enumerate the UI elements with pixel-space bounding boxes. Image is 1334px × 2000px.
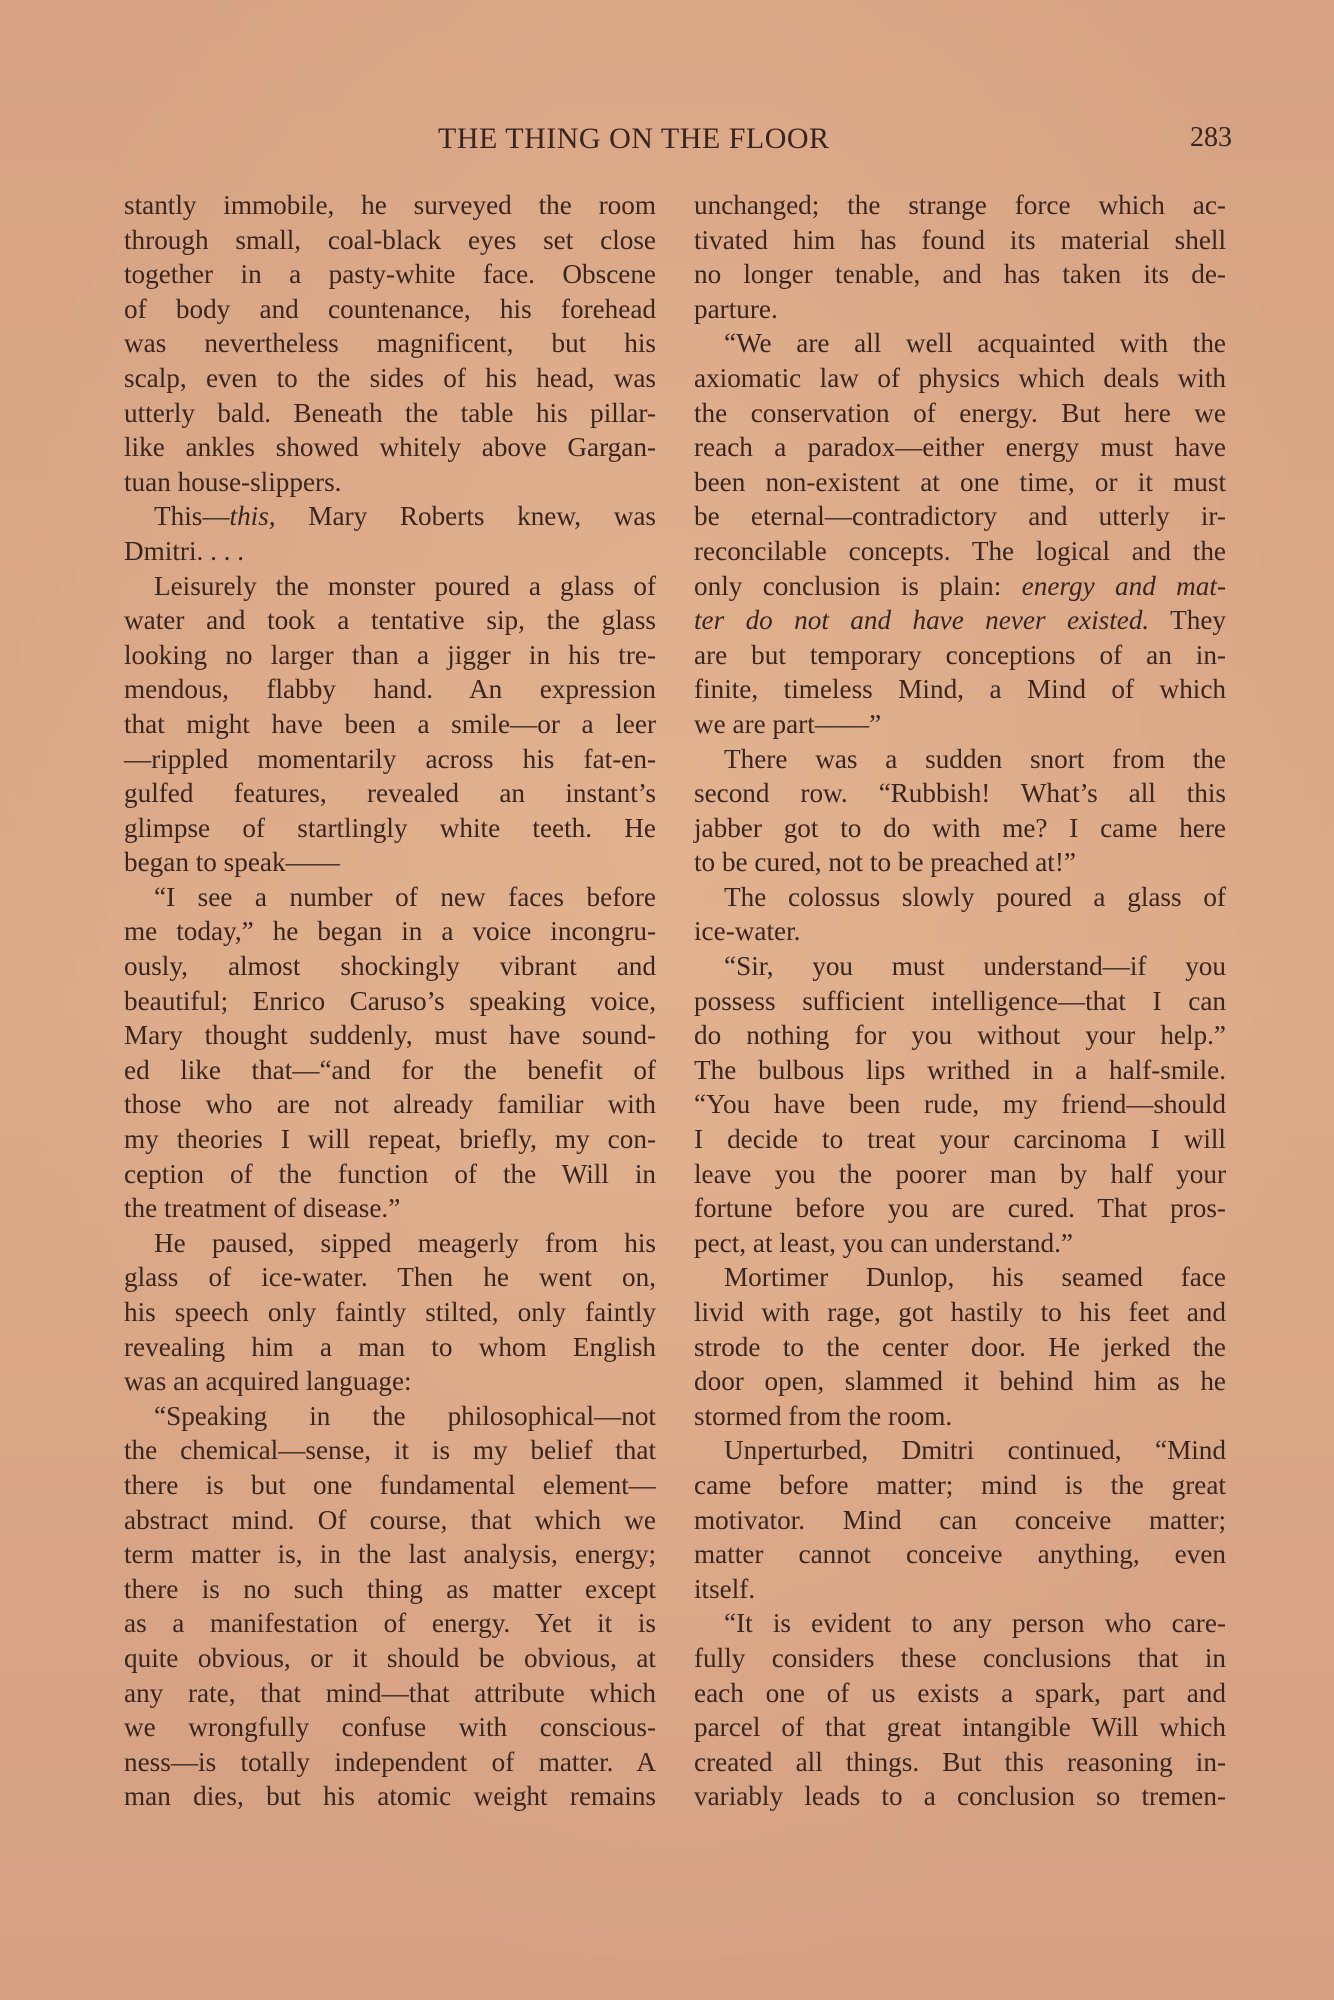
text-line: that might have been a smile—or a leer [124, 707, 656, 742]
text-line: jabber got to do with me? I came here [694, 811, 1226, 846]
text-line: reach a paradox—either energy must have [694, 430, 1226, 465]
text-line: ice-water. [694, 914, 1226, 949]
text-line: —rippled momentarily across his fat-en- [124, 742, 656, 777]
text-line: ter do not and have never existed. They [694, 603, 1226, 638]
text-line: tuan house-slippers. [124, 465, 656, 500]
text-line: glass of ice-water. Then he went on, [124, 1260, 656, 1295]
text-line: be eternal—contradictory and utterly ir- [694, 499, 1226, 534]
text-line: gulfed features, revealed an instant’s [124, 776, 656, 811]
text-line: parcel of that great intangible Will whi… [694, 1710, 1226, 1745]
text-line: was nevertheless magnificent, but his [124, 326, 656, 361]
text-line: those who are not already familiar with [124, 1087, 656, 1122]
text-line: The bulbous lips writhed in a half-smile… [694, 1053, 1226, 1088]
text-line: “I see a number of new faces before [124, 880, 656, 915]
text-line: like ankles showed whitely above Gargan- [124, 430, 656, 465]
text-line: fully considers these conclusions that i… [694, 1641, 1226, 1676]
text-line: quite obvious, or it should be obvious, … [124, 1641, 656, 1676]
text-line: there is but one fundamental element— [124, 1468, 656, 1503]
text-line: any rate, that mind—that attribute which [124, 1676, 656, 1711]
text-line: livid with rage, got hastily to his feet… [694, 1295, 1226, 1330]
text-line: glimpse of startlingly white teeth. He [124, 811, 656, 846]
text-line: door open, slammed it behind him as he [694, 1364, 1226, 1399]
text-line: ness—is totally independent of matter. A [124, 1745, 656, 1780]
text-line: each one of us exists a spark, part and [694, 1676, 1226, 1711]
text-line: was an acquired language: [124, 1364, 656, 1399]
text-line: been non-existent at one time, or it mus… [694, 465, 1226, 500]
text-line: looking no larger than a jigger in his t… [124, 638, 656, 673]
text-line: strode to the center door. He jerked the [694, 1330, 1226, 1365]
text-line: reconcilable concepts. The logical and t… [694, 534, 1226, 569]
text-line: revealing him a man to whom English [124, 1330, 656, 1365]
text-line: Leisurely the monster poured a glass of [124, 569, 656, 604]
text-line: the conservation of energy. But here we [694, 396, 1226, 431]
text-line: The colossus slowly poured a glass of [694, 880, 1226, 915]
text-line: the chemical—sense, it is my belief that [124, 1433, 656, 1468]
text-line: Mary thought suddenly, must have sound- [124, 1018, 656, 1053]
text-line: me today,” he began in a voice incongru- [124, 914, 656, 949]
text-line: unchanged; the strange force which ac- [694, 188, 1226, 223]
page-number: 283 [1190, 122, 1232, 154]
text-line: This—this, Mary Roberts knew, was [124, 499, 656, 534]
text-line: “You have been rude, my friend—should [694, 1087, 1226, 1122]
text-line: do nothing for you without your help.” [694, 1018, 1226, 1053]
text-line: fortune before you are cured. That pros- [694, 1191, 1226, 1226]
text-line: there is no such thing as matter except [124, 1572, 656, 1607]
running-title: THE THING ON THE FLOOR [438, 122, 830, 156]
text-line: tivated him has found its material shell [694, 223, 1226, 258]
text-line: man dies, but his atomic weight remains [124, 1779, 656, 1814]
text-line: Unperturbed, Dmitri continued, “Mind [694, 1433, 1226, 1468]
text-line: matter cannot conceive anything, even [694, 1537, 1226, 1572]
text-line: ously, almost shockingly vibrant and [124, 949, 656, 984]
text-line: finite, timeless Mind, a Mind of which [694, 672, 1226, 707]
text-line: Dmitri. . . . [124, 534, 656, 569]
text-line: to be cured, not to be preached at!” [694, 845, 1226, 880]
text-line: beautiful; Enrico Caruso’s speaking voic… [124, 984, 656, 1019]
text-line: motivator. Mind can conceive matter; [694, 1503, 1226, 1538]
text-line: began to speak—— [124, 845, 656, 880]
text-line: we are part——” [694, 707, 1226, 742]
text-line: pect, at least, you can understand.” [694, 1226, 1226, 1261]
text-line: ception of the function of the Will in [124, 1157, 656, 1192]
text-line: scalp, even to the sides of his head, wa… [124, 361, 656, 396]
text-line: my theories I will repeat, briefly, my c… [124, 1122, 656, 1157]
text-line: “Speaking in the philosophical—not [124, 1399, 656, 1434]
text-line: variably leads to a conclusion so tremen… [694, 1779, 1226, 1814]
text-line: utterly bald. Beneath the table his pill… [124, 396, 656, 431]
left-text-column: stantly immobile, he surveyed the roomth… [124, 188, 656, 1814]
text-line: “We are all well acquainted with the [694, 326, 1226, 361]
text-line: parture. [694, 292, 1226, 327]
text-line: itself. [694, 1572, 1226, 1607]
text-line: only conclusion is plain: energy and mat… [694, 569, 1226, 604]
text-line: we wrongfully confuse with conscious- [124, 1710, 656, 1745]
running-head: THE THING ON THE FLOOR 283 [0, 122, 1334, 162]
text-line: axiomatic law of physics which deals wit… [694, 361, 1226, 396]
text-line: “Sir, you must understand—if you [694, 949, 1226, 984]
text-line: water and took a tentative sip, the glas… [124, 603, 656, 638]
text-line: There was a sudden snort from the [694, 742, 1226, 777]
text-line: I decide to treat your carcinoma I will [694, 1122, 1226, 1157]
text-line: as a manifestation of energy. Yet it is [124, 1606, 656, 1641]
text-line: Mortimer Dunlop, his seamed face [694, 1260, 1226, 1295]
text-line: through small, coal-black eyes set close [124, 223, 656, 258]
text-line: ed like that—“and for the benefit of [124, 1053, 656, 1088]
text-line: mendous, flabby hand. An expression [124, 672, 656, 707]
text-line: “It is evident to any person who care- [694, 1606, 1226, 1641]
text-line: second row. “Rubbish! What’s all this [694, 776, 1226, 811]
text-line: stormed from the room. [694, 1399, 1226, 1434]
text-line: the treatment of disease.” [124, 1191, 656, 1226]
text-line: his speech only faintly stilted, only fa… [124, 1295, 656, 1330]
text-line: of body and countenance, his forehead [124, 292, 656, 327]
text-line: stantly immobile, he surveyed the room [124, 188, 656, 223]
text-line: term matter is, in the last analysis, en… [124, 1537, 656, 1572]
text-line: came before matter; mind is the great [694, 1468, 1226, 1503]
text-line: abstract mind. Of course, that which we [124, 1503, 656, 1538]
text-line: possess sufficient intelligence—that I c… [694, 984, 1226, 1019]
text-line: are but temporary conceptions of an in- [694, 638, 1226, 673]
right-text-column: unchanged; the strange force which ac-ti… [694, 188, 1226, 1814]
text-line: He paused, sipped meagerly from his [124, 1226, 656, 1261]
text-line: together in a pasty-white face. Obscene [124, 257, 656, 292]
text-line: created all things. But this reasoning i… [694, 1745, 1226, 1780]
text-line: no longer tenable, and has taken its de- [694, 257, 1226, 292]
text-line: leave you the poorer man by half your [694, 1157, 1226, 1192]
book-page: THE THING ON THE FLOOR 283 stantly immob… [0, 0, 1334, 2000]
